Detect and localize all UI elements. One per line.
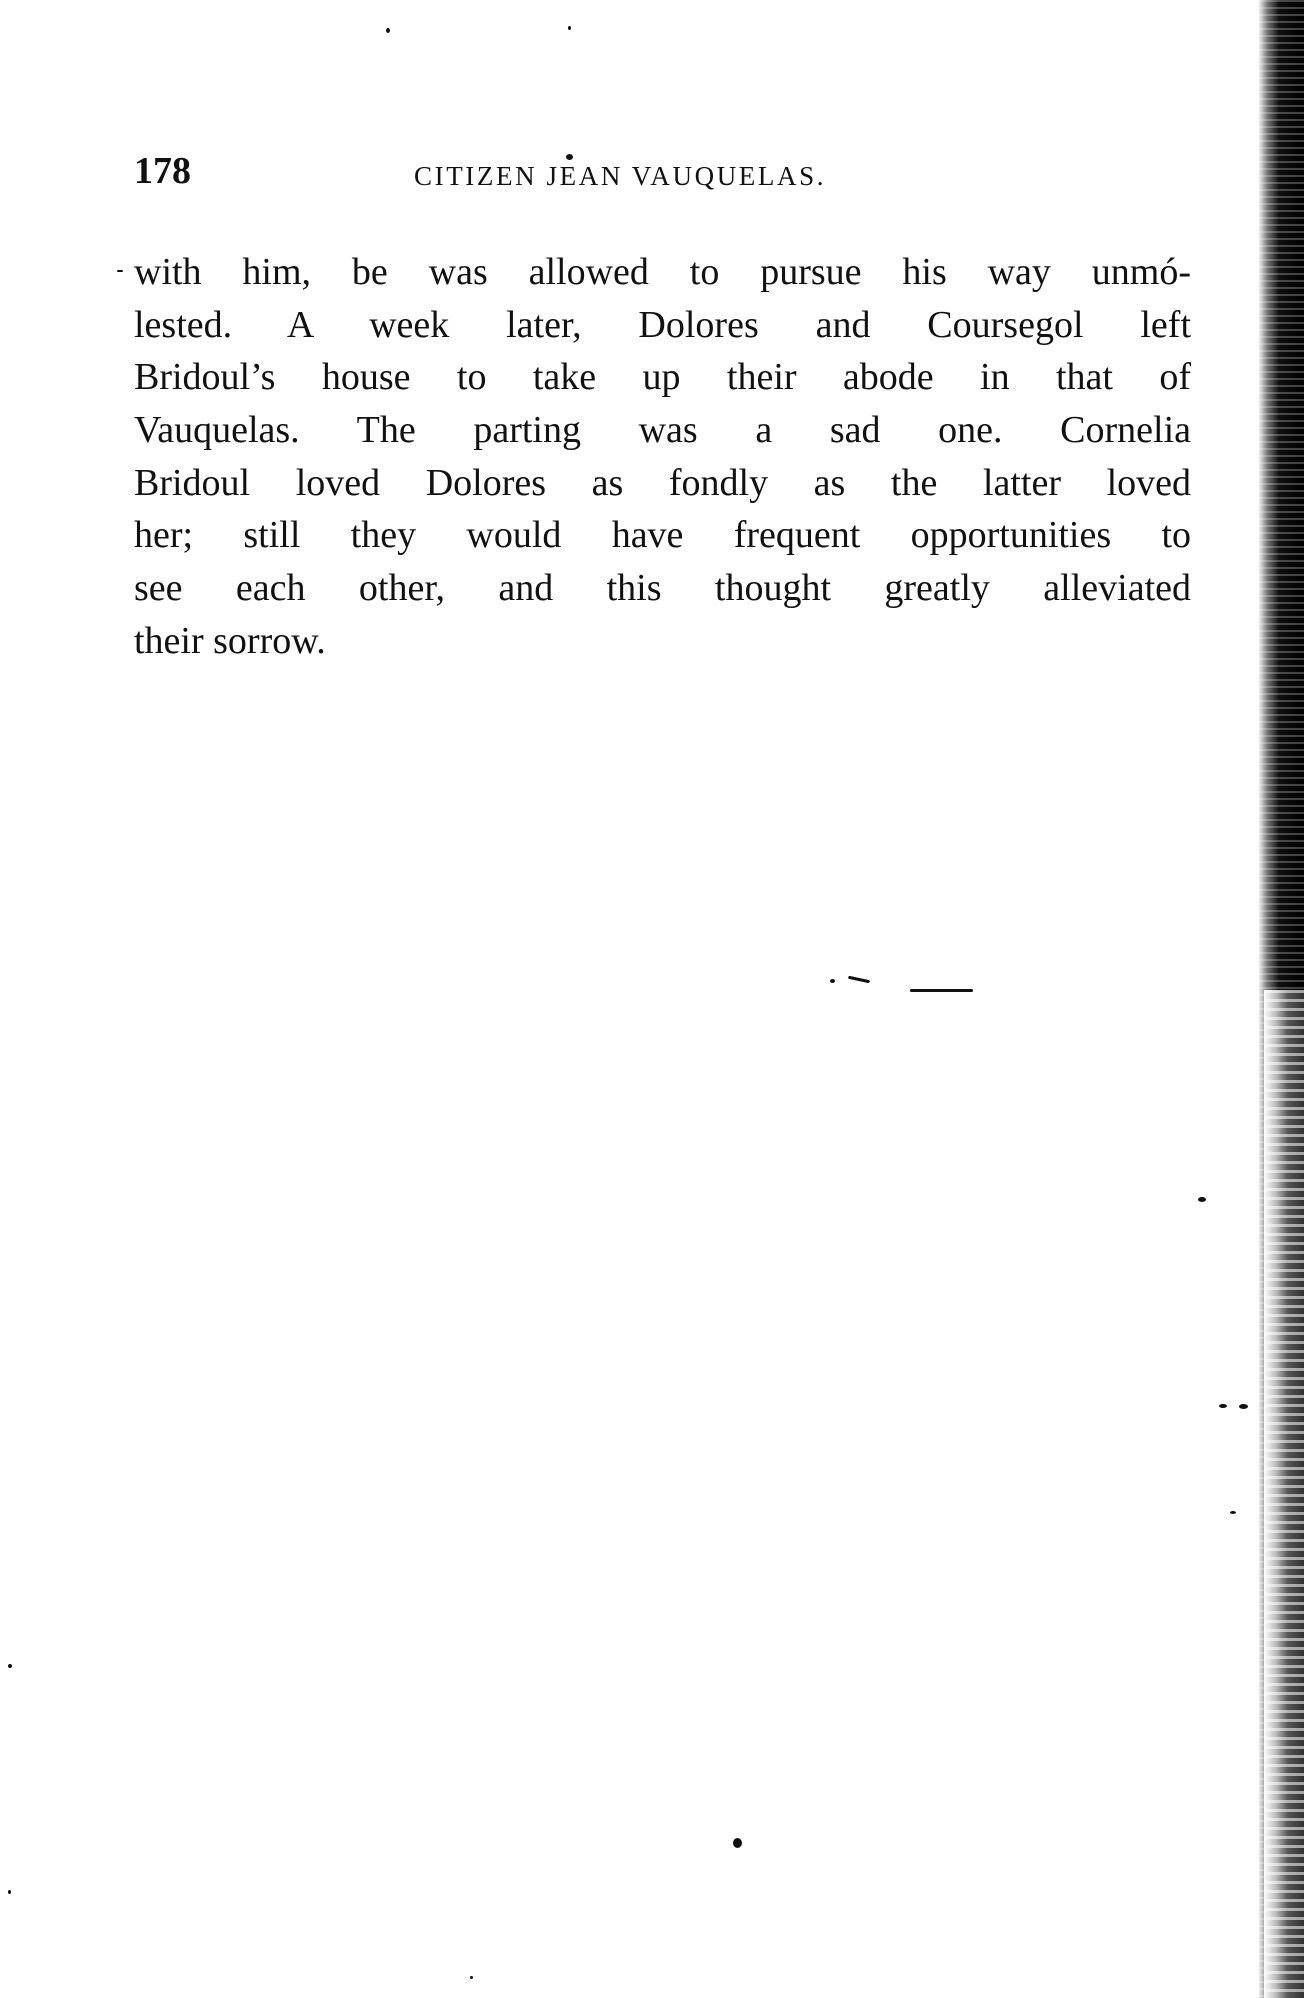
scan-speck [568, 26, 571, 30]
text-line-content: Vauquelas. The parting was a sad one. Co… [134, 404, 1191, 457]
scan-speck [386, 28, 390, 33]
scan-dash [117, 270, 123, 272]
text-line: her; still they would have frequent oppo… [134, 509, 1191, 562]
text-line-content: her; still they would have frequent oppo… [134, 509, 1191, 562]
scan-speck [1198, 1197, 1206, 1202]
body-paragraph: with him, be was allowed to pursue his w… [134, 246, 1191, 668]
text-line-content: Bridoul’s house to take up their abode i… [134, 351, 1191, 404]
text-line: see each other, and this thought greatly… [134, 562, 1191, 615]
text-line: lested. A week later, Dolores and Course… [134, 299, 1191, 352]
scan-speck [830, 979, 835, 983]
scan-speck [8, 1664, 12, 1668]
text-line: Bridoul’s house to take up their abode i… [134, 351, 1191, 404]
page-number: 178 [134, 152, 191, 190]
scan-speck [566, 154, 573, 160]
book-page: 178 CITIZEN JEAN VAUQUELAS. with him, be… [0, 0, 1304, 1998]
text-line-last: their sorrow. [134, 615, 1191, 668]
scan-speck [733, 1838, 742, 1848]
scan-speck [1219, 1404, 1227, 1408]
scan-dash [848, 976, 870, 984]
text-line: with him, be was allowed to pursue his w… [134, 246, 1191, 299]
scan-dash [910, 989, 973, 992]
text-line: Bridoul loved Dolores as fondly as the l… [134, 457, 1191, 510]
scan-binding-edge-lower [1264, 990, 1304, 1998]
text-line-content: lested. A week later, Dolores and Course… [134, 299, 1191, 352]
running-head: CITIZEN JEAN VAUQUELAS. [414, 163, 826, 190]
text-line-content: their sorrow. [134, 615, 1191, 668]
text-line-content: see each other, and this thought greatly… [134, 562, 1191, 615]
scan-speck [8, 1890, 11, 1894]
scan-speck [470, 1976, 473, 1979]
text-line: Vauquelas. The parting was a sad one. Co… [134, 404, 1191, 457]
text-line-content: with him, be was allowed to pursue his w… [134, 246, 1191, 299]
scan-speck [1239, 1404, 1248, 1409]
scan-speck [1230, 1511, 1236, 1514]
text-line-content: Bridoul loved Dolores as fondly as the l… [134, 457, 1191, 510]
